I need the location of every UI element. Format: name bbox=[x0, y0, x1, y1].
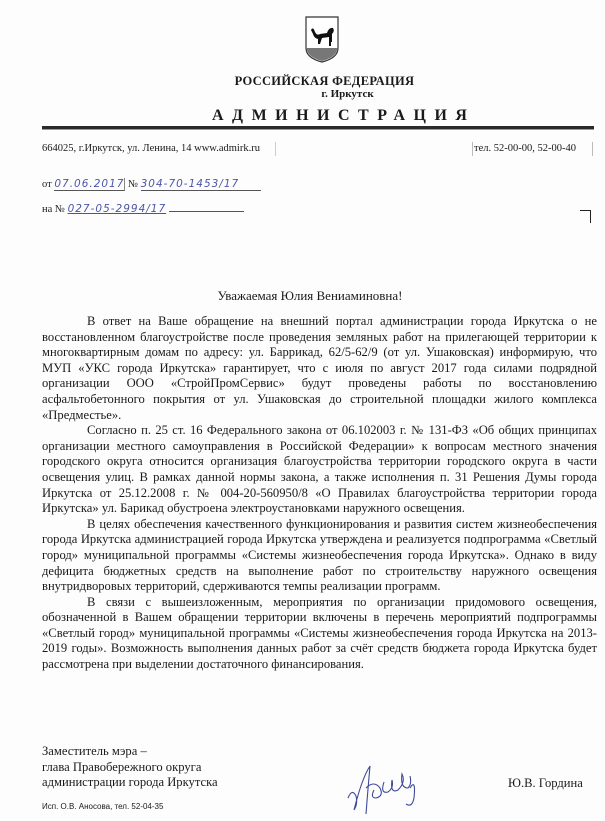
incoming-reference: на № 027-05-2994/17 bbox=[42, 203, 244, 215]
paragraph-2: Согласно п. 25 ст. 16 Федерального закон… bbox=[42, 423, 597, 517]
signatory-name: Ю.В. Гордина bbox=[508, 776, 583, 791]
handwritten-signature bbox=[340, 758, 435, 820]
phone-separator-right bbox=[592, 142, 593, 156]
header-divider bbox=[42, 126, 594, 130]
letter-body: В ответ на Ваше обращение на внешний пор… bbox=[42, 314, 597, 673]
number-prefix: № bbox=[128, 179, 138, 190]
reply-prefix: на № bbox=[42, 204, 65, 215]
outgoing-date: 07.06.2017 bbox=[54, 178, 125, 191]
paragraph-4: В связи с вышеизложенным, мероприятия по… bbox=[42, 595, 597, 673]
signatory-title-line-3: администрации города Иркутска bbox=[42, 775, 218, 791]
address-separator bbox=[275, 142, 276, 156]
reply-number: 027-05-2994/17 bbox=[68, 203, 167, 215]
paragraph-1: В ответ на Ваше обращение на внешний пор… bbox=[42, 314, 597, 423]
address-block-corner-mark bbox=[580, 210, 591, 223]
country-name: РОССИЙСКАЯ ФЕДЕРАЦИЯ bbox=[0, 74, 605, 89]
paragraph-3: В целях обеспечения качественного функци… bbox=[42, 517, 597, 595]
reply-date-field bbox=[169, 211, 244, 212]
phone-separator-left bbox=[472, 142, 473, 156]
coat-of-arms-emblem bbox=[303, 14, 341, 64]
date-prefix: от bbox=[42, 179, 52, 190]
salutation: Уважаемая Юлия Вениаминовна! bbox=[0, 288, 605, 304]
city-name: г. Иркутск bbox=[0, 88, 605, 100]
signatory-title: Заместитель мэра – глава Правобережного … bbox=[42, 744, 218, 791]
org-address: 664025, г.Иркутск, ул. Ленина, 14 www.ad… bbox=[42, 143, 260, 154]
executor-info: Исп. О.В. Аносова, тел. 52-04-35 bbox=[42, 802, 163, 811]
signatory-title-line-1: Заместитель мэра – bbox=[42, 744, 218, 760]
org-phone: тел. 52-00-00, 52-00-40 bbox=[474, 143, 576, 154]
outgoing-number: 304-70-1453/17 bbox=[141, 178, 261, 191]
signatory-title-line-2: глава Правобережного округа bbox=[42, 760, 218, 776]
outgoing-reference: от 07.06.2017 № 304-70-1453/17 bbox=[42, 178, 261, 191]
organization-title: АДМИНИСТРАЦИЯ bbox=[212, 107, 475, 125]
